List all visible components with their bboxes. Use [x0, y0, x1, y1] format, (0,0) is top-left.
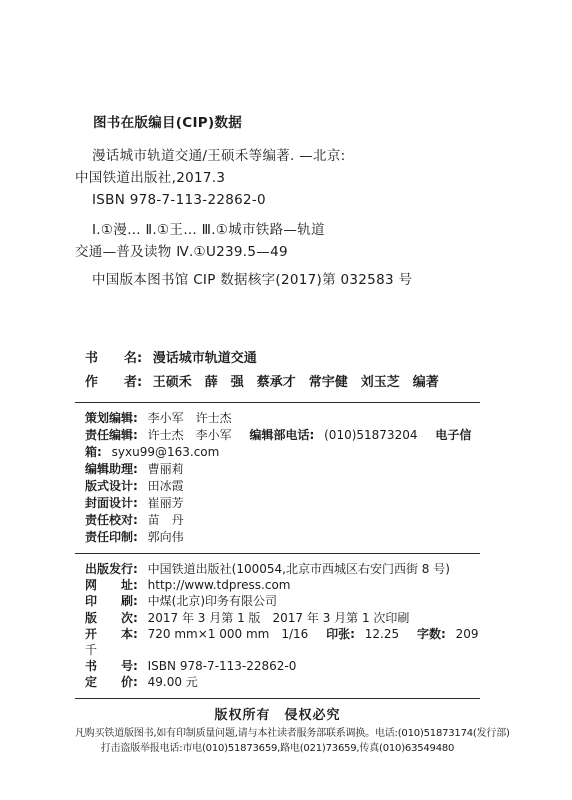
cover-design-label: 封面设计:: [85, 496, 138, 510]
price-label: 定 价:: [85, 675, 138, 689]
copyright-notice-block: 版权所有 侵权必究 凡购买铁道版图书,如有印制质量问题,请与本社读者服务部联系调…: [75, 706, 480, 756]
sheets-value: 12.25: [365, 627, 399, 641]
planning-editor-row: 策划编辑: 李小军 许士杰: [85, 410, 480, 427]
format-value: 720 mm×1 000 mm 1/16: [148, 627, 309, 641]
quality-exchange-notice: 凡购买铁道版图书,如有印制质量问题,请与本社读者服务部联系调换。电话:(010)…: [75, 726, 480, 741]
proofreader-label: 责任校对:: [85, 513, 138, 527]
publisher-row: 出版发行: 中国铁道出版社(100054,北京市西城区右安门西街 8 号): [85, 561, 480, 577]
book-title-label: 书 名:: [85, 351, 142, 366]
proofreader-row: 责任校对: 苗 丹: [85, 512, 480, 529]
divider-rule-1: [75, 402, 480, 403]
printer-label: 印 刷:: [85, 594, 138, 608]
book-author-row: 作 者: 王硕禾 薛 强 蔡承才 常宇健 刘玉芝 编著: [85, 371, 480, 395]
isbn-value: ISBN 978-7-113-22862-0: [148, 659, 297, 673]
format-label: 开 本:: [85, 627, 138, 641]
edition-value: 2017 年 3 月第 1 版 2017 年 3 月第 1 次印刷: [148, 611, 410, 625]
layout-design-row: 版式设计: 田冰霞: [85, 478, 480, 495]
cip-isbn-line: ISBN 978-7-113-22862-0: [75, 189, 480, 211]
publisher-value: 中国铁道出版社(100054,北京市西城区右安门西街 8 号): [148, 562, 450, 576]
layout-design-label: 版式设计:: [85, 479, 138, 493]
cip-publisher-line: 中国铁道出版社,2017.3: [75, 167, 480, 189]
dept-phone-label: 编辑部电话:: [249, 428, 314, 442]
website-row: 网 址: http://www.tdpress.com: [85, 577, 480, 593]
book-title-row: 书 名: 漫话城市轨道交通: [85, 347, 480, 371]
website-label: 网 址:: [85, 578, 138, 592]
cover-design-row: 封面设计: 崔丽芳: [85, 495, 480, 512]
layout-design-value: 田冰霞: [148, 479, 184, 493]
divider-rule-3: [75, 698, 480, 699]
book-author-value: 王硕禾 薛 强 蔡承才 常宇健 刘玉芝 编著: [153, 375, 439, 390]
editorial-assistant-label: 编辑助理:: [85, 462, 138, 476]
format-row: 开 本: 720 mm×1 000 mm 1/16 印张: 12.25 字数: …: [85, 626, 480, 658]
book-copyright-page: 图书在版编目(CIP)数据 漫话城市轨道交通/王硕禾等编著. —北京: 中国铁道…: [0, 0, 572, 800]
editorial-staff-block: 策划编辑: 李小军 许士杰 责任编辑: 许士杰 李小军 编辑部电话: (010)…: [75, 410, 480, 546]
cip-data-block: 图书在版编目(CIP)数据 漫话城市轨道交通/王硕禾等编著. —北京: 中国铁道…: [75, 112, 480, 291]
responsible-editor-row: 责任编辑: 许士杰 李小军 编辑部电话: (010)51873204 电子信箱:…: [85, 427, 480, 461]
print-supervisor-label: 责任印制:: [85, 530, 138, 544]
price-value: 49.00 元: [148, 675, 198, 689]
sheets-label: 印张:: [326, 627, 355, 641]
editorial-assistant-value: 曹丽莉: [148, 462, 184, 476]
publisher-label: 出版发行:: [85, 562, 138, 576]
print-supervisor-value: 郭向伟: [148, 530, 184, 544]
proofreader-value: 苗 丹: [148, 513, 184, 527]
book-author-label: 作 者:: [85, 375, 142, 390]
cip-title-line: 漫话城市轨道交通/王硕禾等编著. —北京:: [75, 145, 480, 167]
cip-heading: 图书在版编目(CIP)数据: [93, 112, 480, 134]
print-supervisor-row: 责任印制: 郭向伟: [85, 529, 480, 546]
cover-design-value: 崔丽芳: [148, 496, 184, 510]
planning-editor-label: 策划编辑:: [85, 411, 138, 425]
cip-record-number-line: 中国版本图书馆 CIP 数据核字(2017)第 032583 号: [75, 269, 480, 291]
dept-phone-value: (010)51873204: [324, 428, 417, 442]
book-title-value: 漫话城市轨道交通: [153, 351, 257, 366]
email-value: syxu99@163.com: [112, 445, 220, 459]
book-info-block: 书 名: 漫话城市轨道交通 作 者: 王硕禾 薛 强 蔡承才 常宇健 刘玉芝 编…: [75, 347, 480, 395]
edition-row: 版 次: 2017 年 3 月第 1 版 2017 年 3 月第 1 次印刷: [85, 610, 480, 626]
printer-row: 印 刷: 中煤(北京)印务有限公司: [85, 593, 480, 609]
cip-classification-line-1: Ⅰ.①漫… Ⅱ.①王… Ⅲ.①城市铁路—轨道: [75, 219, 480, 241]
printer-value: 中煤(北京)印务有限公司: [148, 594, 277, 608]
edition-label: 版 次:: [85, 611, 138, 625]
publishing-details-block: 出版发行: 中国铁道出版社(100054,北京市西城区右安门西街 8 号) 网 …: [75, 561, 480, 691]
editorial-assistant-row: 编辑助理: 曹丽莉: [85, 461, 480, 478]
anti-piracy-hotline: 打击盗版举报电话:市电(010)51873659,路电(021)73659,传真…: [75, 741, 480, 756]
website-value: http://www.tdpress.com: [148, 578, 291, 592]
copyright-notice-title: 版权所有 侵权必究: [75, 706, 480, 726]
divider-rule-2: [75, 553, 480, 554]
price-row: 定 价: 49.00 元: [85, 674, 480, 690]
responsible-editor-label: 责任编辑:: [85, 428, 138, 442]
isbn-label: 书 号:: [85, 659, 138, 673]
isbn-row: 书 号: ISBN 978-7-113-22862-0: [85, 658, 480, 674]
planning-editor-value: 李小军 许士杰: [148, 411, 232, 425]
word-count-label: 字数:: [417, 627, 446, 641]
responsible-editor-value: 许士杰 李小军: [148, 428, 232, 442]
cip-classification-line-2: 交通—普及读物 Ⅳ.①U239.5—49: [75, 241, 480, 263]
